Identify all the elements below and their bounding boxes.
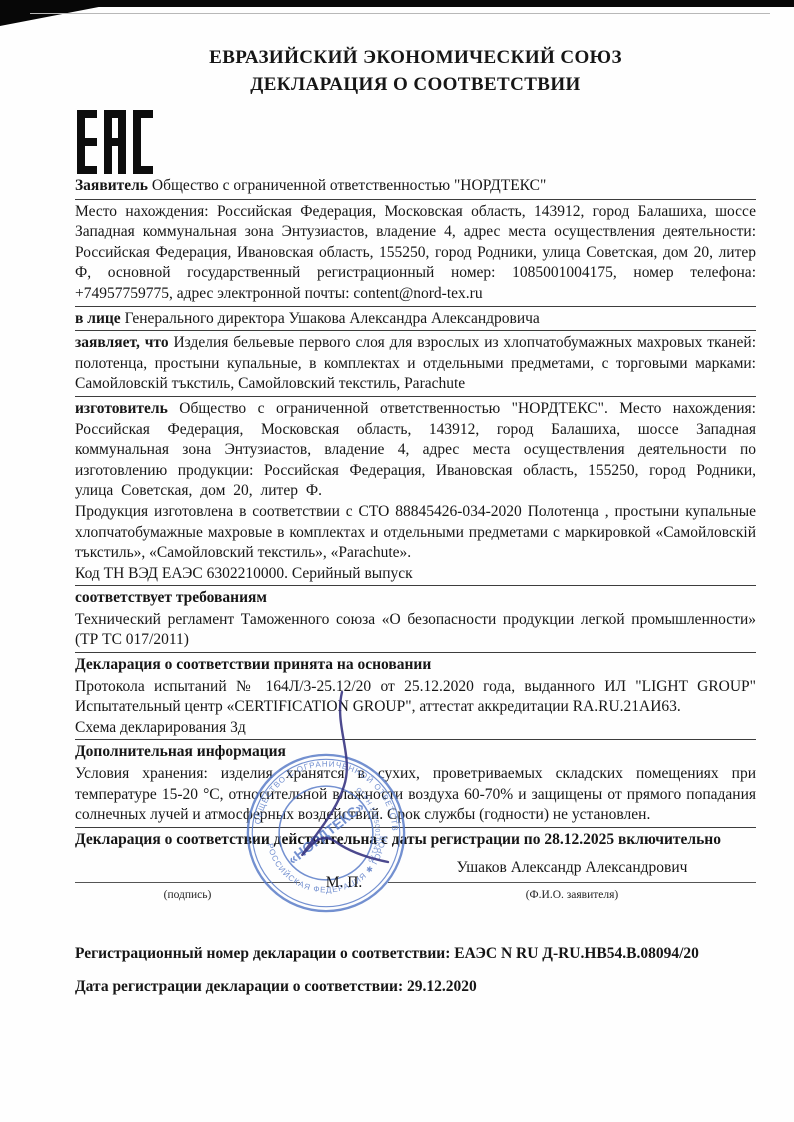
signature-block: (подпись) М. П. Ушаков Александр Алексан… <box>75 858 756 906</box>
mp-seal-place: М. П. <box>300 873 388 906</box>
applicant-fullname: Ушаков Александр Александрович <box>388 858 756 878</box>
compliance-heading: соответствует требованиям <box>75 588 756 609</box>
registration-date-line: Дата регистрации декларации о соответств… <box>75 977 756 997</box>
manufacturer-value: Общество с ограниченной ответственностью… <box>75 400 756 499</box>
section-divider <box>75 652 756 653</box>
eac-mark-icon <box>75 110 153 174</box>
handwritten-signature <box>262 686 407 876</box>
location-paragraph: Место нахождения: Российская Федерация, … <box>75 202 756 305</box>
additional-paragraph: Условия хранения: изделия хранятся в сух… <box>75 764 756 826</box>
section-divider <box>75 739 756 740</box>
eac-logo <box>75 110 756 176</box>
scheme-line: Схема декларирования 3д <box>75 718 756 739</box>
section-divider <box>75 585 756 586</box>
section-divider <box>75 199 756 200</box>
basis-paragraph: Протокола испытаний № 164Л/3-25.12/20 от… <box>75 677 756 718</box>
declares-paragraph: заявляет, что Изделия бельевые первого с… <box>75 333 756 395</box>
applicant-line: Заявитель Общество с ограниченной ответс… <box>75 176 756 197</box>
additional-heading: Дополнительная информация <box>75 742 756 763</box>
declares-value: Изделия бельевые первого слоя для взросл… <box>75 334 756 392</box>
production-paragraph: Продукция изготовлена в соответствии с С… <box>75 502 756 564</box>
validity-line: Декларация о соответствии действительна … <box>75 830 756 851</box>
declares-label: заявляет, что <box>75 334 169 351</box>
title-line-2: ДЕКЛАРАЦИЯ О СООТВЕТСТВИИ <box>75 71 756 98</box>
section-divider <box>75 330 756 331</box>
scan-edge-bar <box>0 0 794 7</box>
manufacturer-label: изготовитель <box>75 400 168 417</box>
represented-line: в лице Генерального директора Ушакова Ал… <box>75 309 756 330</box>
declaration-document: ЕВРАЗИЙСКИЙ ЭКОНОМИЧЕСКИЙ СОЮЗ ДЕКЛАРАЦИ… <box>0 0 794 1122</box>
section-divider <box>75 306 756 307</box>
registration-number-line: Регистрационный номер декларации о соотв… <box>75 944 756 964</box>
scan-faint-line <box>30 13 770 14</box>
represented-label: в лице <box>75 310 121 327</box>
document-title: ЕВРАЗИЙСКИЙ ЭКОНОМИЧЕСКИЙ СОЮЗ ДЕКЛАРАЦИ… <box>75 44 756 98</box>
section-divider <box>75 827 756 828</box>
title-line-1: ЕВРАЗИЙСКИЙ ЭКОНОМИЧЕСКИЙ СОЮЗ <box>75 44 756 71</box>
applicant-label: Заявитель <box>75 177 148 194</box>
applicant-value: Общество с ограниченной ответственностью… <box>152 177 546 194</box>
section-divider <box>75 396 756 397</box>
manufacturer-paragraph: изготовитель Общество с ограниченной отв… <box>75 399 756 502</box>
tnved-code-line: Код ТН ВЭД ЕАЭС 6302210000. Серийный вып… <box>75 564 756 585</box>
fio-label: (Ф.И.О. заявителя) <box>388 883 756 906</box>
represented-value: Генерального директора Ушакова Александр… <box>125 310 540 327</box>
basis-heading: Декларация о соответствии принята на осн… <box>75 655 756 676</box>
compliance-paragraph: Технический регламент Таможенного союза … <box>75 610 756 651</box>
signature-right-column: Ушаков Александр Александрович (Ф.И.О. з… <box>388 858 756 906</box>
